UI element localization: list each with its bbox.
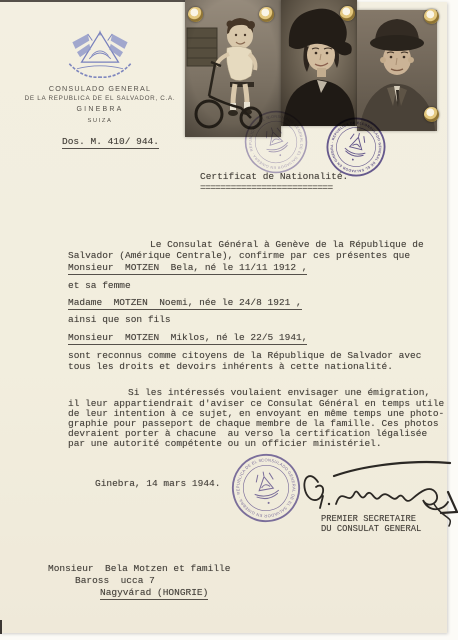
consulate-round-stamp-signature: CONSULADO GENERAL DE EL SALVADOR EN GINE… <box>224 446 307 529</box>
brass-grommet <box>424 107 439 122</box>
body-para1-line2: Salvador (Amérique Centrale), confirme p… <box>68 251 410 261</box>
title-underline: ========================== <box>200 183 333 193</box>
el-salvador-coat-of-arms-icon <box>54 24 146 82</box>
recognition-line1: sont reconnus comme citoyens de la Répub… <box>68 351 421 361</box>
letterhead-country: SUIZA <box>0 118 200 124</box>
entry-husband: Monsieur MOTZEN Bela, né le 11/11 1912 , <box>68 263 307 275</box>
secretary-signature <box>298 452 458 530</box>
dossier-number: Dos. M. 410/ 944. <box>62 137 159 149</box>
conjunction-son: ainsi que son fils <box>68 315 171 325</box>
conjunction-wife: et sa femme <box>68 281 131 291</box>
letterhead-org-subtitle: DE LA REPUBLICA DE EL SALVADOR, C.A. <box>0 95 200 102</box>
brass-grommet <box>424 9 439 24</box>
entry-wife: Madame MOTZEN Noemi, née le 24/8 1921 , <box>68 298 302 310</box>
scanned-certificate-page: CONSULADO GENERAL DE LA REPUBLICA DE EL … <box>0 0 458 640</box>
letterhead-org-name: CONSULADO GENERAL <box>0 84 200 93</box>
scan-edge-left <box>0 620 2 634</box>
address-line1: Monsieur Bela Motzen et famille <box>48 564 230 574</box>
brass-grommet <box>259 7 274 22</box>
brass-grommet <box>188 7 203 22</box>
letterhead-city: GINEBRA <box>0 106 200 113</box>
address-line2: Baross ucca 7 <box>75 576 155 586</box>
brass-grommet <box>340 6 355 21</box>
body-para2-line1: Si les intéressés voulaient envisager un… <box>128 388 430 398</box>
address-line3: Nagyvárad (HONGRIE) <box>100 588 208 600</box>
svg-text:CONSULADO GENERAL DE EL SALVAD: CONSULADO GENERAL DE EL SALVADOR EN GINE… <box>224 446 301 524</box>
recognition-line2: tous les droits et devoirs inhérents à c… <box>68 362 393 372</box>
body-para1-line1: Le Consulat Général à Genève de la Répub… <box>150 240 424 250</box>
body-para2-line6: par une autorité compétente ou un offici… <box>68 439 382 449</box>
date-line: Ginebra, 14 mars 1944. <box>95 479 220 489</box>
scan-edge-top <box>0 0 188 2</box>
entry-son: Monsieur MOTZEN Miklos, né le 22/5 1941, <box>68 333 307 345</box>
